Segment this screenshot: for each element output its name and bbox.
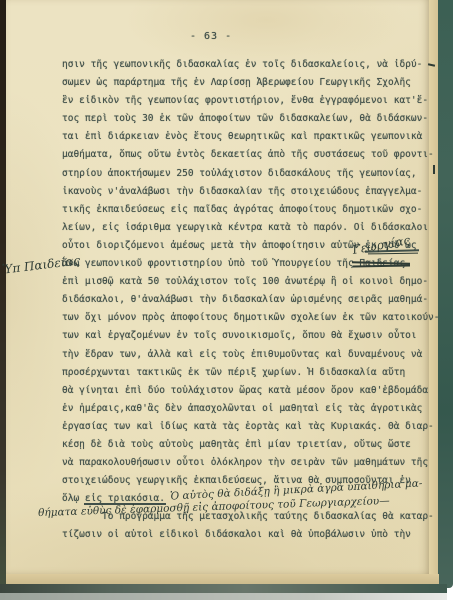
typed-line: στηρίου ἀποκτήσωμεν 250 τοὐλάχιστον διδα… xyxy=(62,165,442,183)
typed-line: ησιν τῆς γεωπονικῆς διδασκαλίας ἐν τοῖς … xyxy=(62,56,442,74)
margin-tick-mark xyxy=(433,165,435,174)
typed-line: τος περὶ τοὺς 30 ἐκ τῶν ἀποφοίτων τῶν δι… xyxy=(62,110,442,128)
book-shadow-bottom xyxy=(0,593,447,600)
typed-line: διδάσκαλοι, θ'ἀναλάβωσι τὴν διδασκαλίαν … xyxy=(62,291,442,309)
typed-line: ἓν εἰδικὸν τῆς γεωπονίας φροντιστήριον, … xyxy=(62,92,442,110)
typed-line: ἱκανοὺς ν'ἀναλάβωσι τὴν διδασκαλίαν τῆς … xyxy=(62,183,442,201)
typed-line: σωμεν ὡς παράρτημα τῆς ἐν Λαρίσσῃ Ἀβερωφ… xyxy=(62,74,442,92)
typed-line: θὰ γίνηται ἐπὶ δύο τοὐλάχιστον ὥρας κατὰ… xyxy=(62,382,442,400)
typed-line: προσέρχωνται τακτικῶς ἐκ τῶν πέριξ χωρίω… xyxy=(62,364,442,382)
typed-line: λείων, εἰς ἰσάριθμα γεωργικὰ κέντρα κατὰ… xyxy=(62,219,442,237)
typed-line: των ὄχι μόνον πρὸς ἀποφοίτους δημοτικῶν … xyxy=(62,309,442,327)
typed-text-block: ησιν τῆς γεωπονικῆς διδασκαλίας ἐν τοῖς … xyxy=(62,56,442,545)
typed-line: μαθήματα, ὅπως οὕτω ἐντὸς δεκαετίας ἀπὸ … xyxy=(62,146,442,164)
typed-line: ἐπὶ μισθῷ κατὰ 50 τοὐλάχιστον τοῖς 100 ἀ… xyxy=(62,273,442,291)
typed-line: κέσῃ δὲ διὰ τοὺς αὐτοὺς μαθητὰς ἐπὶ μίαν… xyxy=(62,436,442,454)
typed-line: νὰ παρακολουθήσωσιν οὗτοι ὁλόκληρον τὴν … xyxy=(62,454,442,472)
scanned-book-photo: - 63 - ησιν τῆς γεωπονικῆς διδασκαλίας ἐ… xyxy=(0,0,461,600)
typed-line: ται ἐπὶ διάρκειαν ἑνὸς ἔτους θεωρητικῶς … xyxy=(62,128,442,146)
typed-line: ἐν ἡμέραις,καθ'ἃς δὲν ἀπασχολῶνται οἱ μα… xyxy=(62,400,442,418)
book-cover-bottom xyxy=(0,584,447,593)
book-cover-left xyxy=(0,0,6,586)
typed-line: τίζωσιν οἱ αὐτοὶ εἰδικοὶ διδάσκαλοι καὶ … xyxy=(62,526,442,544)
page-number: - 63 - xyxy=(190,31,232,42)
typed-line: ἐργασίας των καὶ ἰδίως κατὰ τὰς ἑορτὰς κ… xyxy=(62,418,442,436)
typed-line: τὴν ἕδραν των, ἀλλὰ καὶ εἰς τοὺς ἐπιθυμο… xyxy=(62,346,442,364)
typed-line: των καὶ ἐργαζομένων ἐν τοῖς συνοικισμοῖς… xyxy=(62,327,442,345)
typed-line: τικῆς ἐκπαιδεύσεως εἰς παῖδας ἀγρότας ἀπ… xyxy=(62,201,442,219)
